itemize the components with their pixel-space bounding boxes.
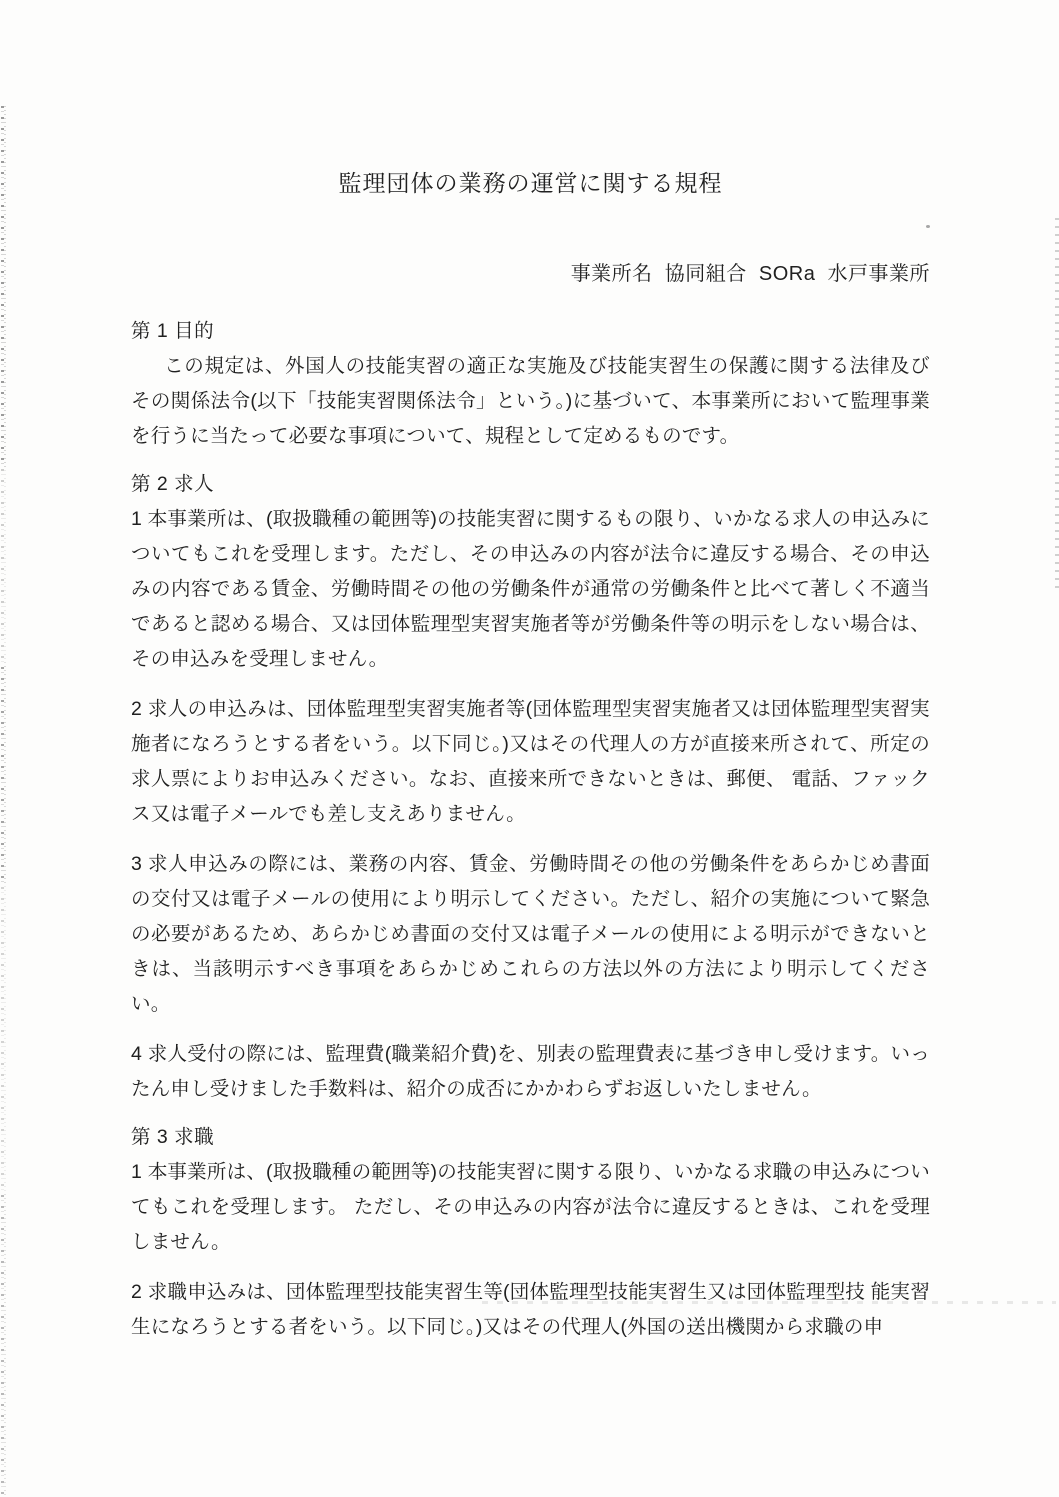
paragraph: 1 本事業所は、(取扱職種の範囲等)の技能実習に関する限り、いかなる求職の申込み… [131,1155,930,1260]
document-section: 第 3 求職 1 本事業所は、(取扱職種の範囲等)の技能実習に関する限り、いかな… [131,1120,930,1345]
document-title: 監理団体の業務の運営に関する規程 [131,168,930,198]
section-heading: 第 1 目的 [131,314,930,349]
section-heading: 第 2 求人 [131,467,930,502]
paragraph: この規定は、外国人の技能実習の適正な実施及び技能実習生の保護に関する法律及びその… [131,349,930,454]
office-name-line: 事業所名 協同組合 SORa 水戸事業所 [131,260,930,288]
paragraph: 1 本事業所は、(取扱職種の範囲等)の技能実習に関するもの限り、いかなる求人の申… [131,502,930,677]
paragraph: 4 求人受付の際には、監理費(職業紹介費)を、別表の監理費表に基づき申し受けます… [131,1037,930,1107]
document-content: 監理団体の業務の運営に関する規程 事業所名 協同組合 SORa 水戸事業所 第 … [0,0,1059,1345]
document-sections: 第 1 目的 この規定は、外国人の技能実習の適正な実施及び技能実習生の保護に関す… [131,314,930,1345]
document-page: 監理団体の業務の運営に関する規程 事業所名 協同組合 SORa 水戸事業所 第 … [0,0,1059,1497]
paragraph: 3 求人申込みの際には、業務の内容、賃金、労働時間その他の労働条件をあらかじめ書… [131,847,930,1022]
document-section: 第 1 目的 この規定は、外国人の技能実習の適正な実施及び技能実習生の保護に関す… [131,314,930,454]
section-heading: 第 3 求職 [131,1120,930,1155]
paragraph: 2 求人の申込みは、団体監理型実習実施者等(団体監理型実習実施者又は団体監理型実… [131,692,930,832]
paragraph: 2 求職申込みは、団体監理型技能実習生等(団体監理型技能実習生又は団体監理型技 … [131,1275,930,1345]
document-section: 第 2 求人 1 本事業所は、(取扱職種の範囲等)の技能実習に関するもの限り、い… [131,467,930,1107]
